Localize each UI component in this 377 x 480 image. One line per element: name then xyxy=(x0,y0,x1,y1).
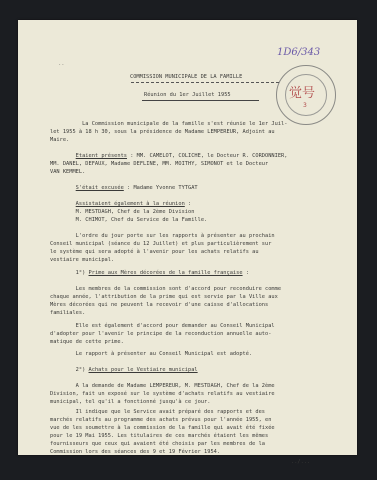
section-1-heading: 1°) Prime aux Mères décorées de la famil… xyxy=(50,269,249,277)
paragraph-reconduction: Elle est également d'accord pour demande… xyxy=(50,322,275,346)
subtitle-underline xyxy=(142,100,259,101)
archive-reference: 1D6/343 xyxy=(277,47,320,58)
title-dashed-rule xyxy=(131,82,279,83)
continuation-mark: ../... xyxy=(291,458,310,466)
paragraph-service: Il indique que le Service avait préparé … xyxy=(50,408,275,456)
paragraph-exposé: A la demande de Madame LEMPEREUR, M. MES… xyxy=(50,382,275,406)
paragraph-prime: Les membres de la commission sont d'acco… xyxy=(50,285,281,317)
paper-specks: · · xyxy=(59,62,64,68)
label-excused: S'était excusée xyxy=(76,185,124,191)
document-subtitle: Réunion du 1er Juillet 1955 xyxy=(144,91,231,99)
stamp-number: 3 xyxy=(303,102,307,109)
document-title: COMMISSION MUNICIPALE DE LA FAMILLE xyxy=(130,73,242,81)
paragraph-present: Etaient présents : MM. CAMELOT, COLICHE,… xyxy=(50,152,287,176)
paragraph-excused: S'était excusée : Madame Yvonne TYTGAT xyxy=(50,184,198,192)
paragraph-opening: La Commission municipale de la famille s… xyxy=(50,120,287,144)
label-present: Etaient présents xyxy=(76,153,127,159)
paragraph-adopted: Le rapport à présenter au Conseil Munici… xyxy=(50,350,252,358)
stamp-mark: 觉号 xyxy=(289,82,315,101)
paragraph-agenda: L'ordre du jour porte sur les rapports à… xyxy=(50,232,275,264)
paragraph-also-present: Assistaient également à la réunion : M. … xyxy=(50,200,207,224)
document-page: · · 1D6/343 觉号 3 COMMISSION MUNICIPALE D… xyxy=(18,20,357,455)
label-also-present: Assistaient également à la réunion xyxy=(76,201,185,207)
section-2-heading: 2°) Achats pour le Vestiaire municipal xyxy=(50,366,198,374)
archive-stamp: 觉号 3 xyxy=(276,65,336,125)
